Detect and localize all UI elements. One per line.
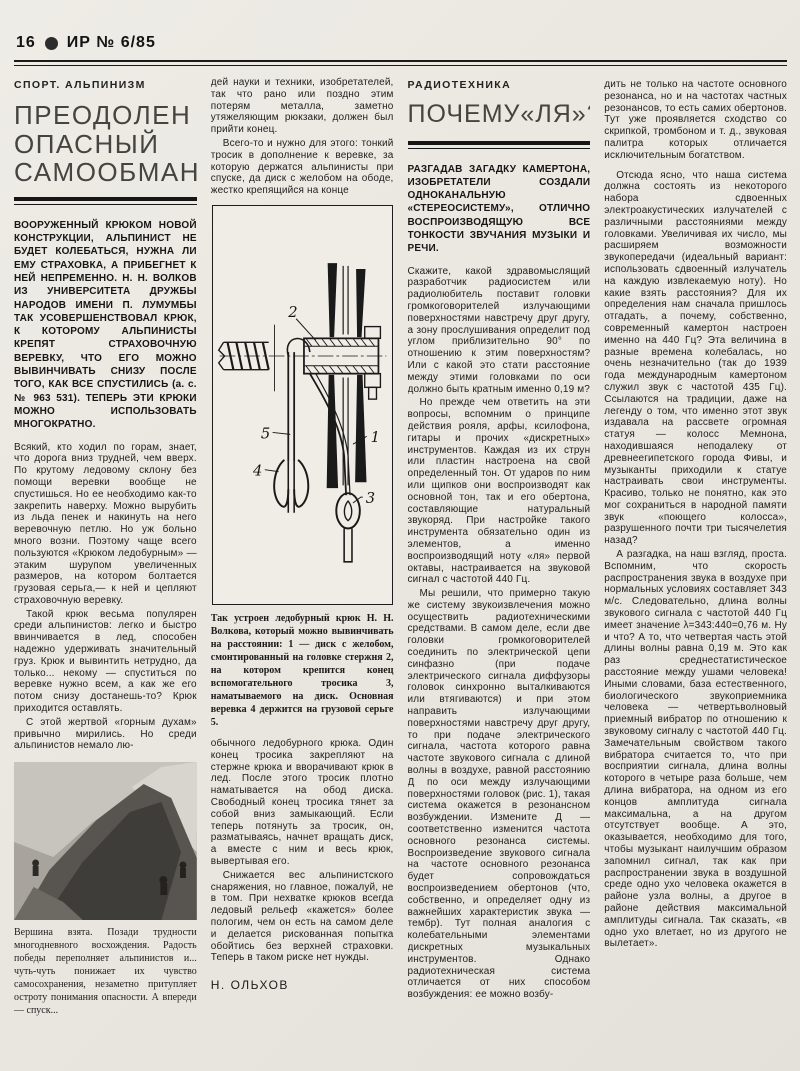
column-1: СПОРТ. АЛЬПИНИЗМ ПРЕОДОЛЕН ОПАСНЫЙ САМОО… [14,77,197,1057]
radio-headline-word1: ПОЧЕМУ [408,101,521,129]
paragraph: Снижается вес альпинистского снаряжения,… [211,870,394,964]
page-header: 16 ИР № 6/85 [0,0,800,58]
author-byline: Н. ОЛЬХОВ [211,978,394,992]
paragraph: обычного ледобурного крюка. Один конец т… [211,738,394,868]
paragraph: Отсюда ясно, что наша система должна сос… [604,170,787,548]
alpinism-headline: ПРЕОДОЛЕН ОПАСНЫЙ САМООБМАН [14,101,197,187]
radio-body-col3: Скажите, какой здравомыслящий разработчи… [408,266,591,1001]
paragraph: Такой крюк весьма популярен среди альпин… [14,609,197,715]
paragraph: Скажите, какой здравомыслящий разработчи… [408,266,591,396]
alpinism-lead: ВООРУЖЕННЫЙ КРЮКОМ НОВОЙ КОНСТРУКЦИИ, АЛ… [14,219,197,432]
figure-caption: Так устроен ледобурный крюк Н. Н. Волков… [211,612,394,729]
magazine-page: 16 ИР № 6/85 СПОРТ. АЛЬПИНИЗМ ПРЕОДОЛЕН … [0,0,800,1071]
paragraph: Всего-то и нужно для этого: тонкий троси… [211,138,394,197]
column-4: дить не только на частоте основного резо… [604,77,787,1057]
figure-label-5: 5 [261,425,270,442]
columns: СПОРТ. АЛЬПИНИЗМ ПРЕОДОЛЕН ОПАСНЫЙ САМОО… [0,66,800,1057]
paragraph: дей науки и техники, изобретателей, так … [211,77,394,136]
ice-screw-diagram: 2 1 3 4 5 [213,209,391,601]
paragraph: Мы решили, что примерно такую же систему… [408,588,591,1001]
paragraph: дить не только на частоте основного резо… [604,79,787,162]
figure-label-2: 2 [287,304,297,321]
paragraph: А разгадка, на наш взгляд, проста. Вспом… [604,549,787,950]
ice-screw-figure: 2 1 3 4 5 [212,205,393,605]
photo-caption: Вершина взята. Позади трудности многодне… [14,926,197,1017]
radio-headline: ПОЧЕМУ «ЛЯ»? [408,101,591,129]
figure-label-4: 4 [252,463,262,480]
summit-photo [14,762,197,920]
headline-rule-left [14,197,197,205]
section-label-sport: СПОРТ. АЛЬПИНИЗМ [14,79,197,91]
column-2: дей науки и техники, изобретателей, так … [211,77,394,1057]
figure-label-3: 3 [366,490,375,507]
alpinism-body-col2-bottom: обычного ледобурного крюка. Один конец т… [211,738,394,964]
headline-rule-right [408,141,591,149]
paragraph: Всякий, кто ходил по горам, знает, что д… [14,442,197,607]
section-label-radio: РАДИОТЕХНИКА [408,79,591,91]
radio-lead: РАЗГАДАВ ЗАГАДКУ КАМЕРТОНА, ИЗОБРЕТАТЕЛИ… [408,163,591,256]
figure-label-1: 1 [371,429,380,446]
column-3: РАДИОТЕХНИКА ПОЧЕМУ «ЛЯ»? РАЗГАДАВ ЗАГАД… [408,77,591,1057]
alpinism-body-col1: Всякий, кто ходил по горам, знает, что д… [14,442,197,753]
paragraph: С этой жертвой «горным духам» привычно м… [14,717,197,752]
page-number: 16 [16,34,36,52]
radio-body-col4: дить не только на частоте основного резо… [604,79,787,950]
radio-headline-word2: «ЛЯ»? [520,101,590,129]
bullet-icon [45,37,58,50]
alpinism-body-col2-top: дей науки и техники, изобретателей, так … [211,77,394,197]
masthead: ИР № 6/85 [67,34,156,52]
paragraph: Но прежде чем ответить на эти вопросы, в… [408,397,591,586]
